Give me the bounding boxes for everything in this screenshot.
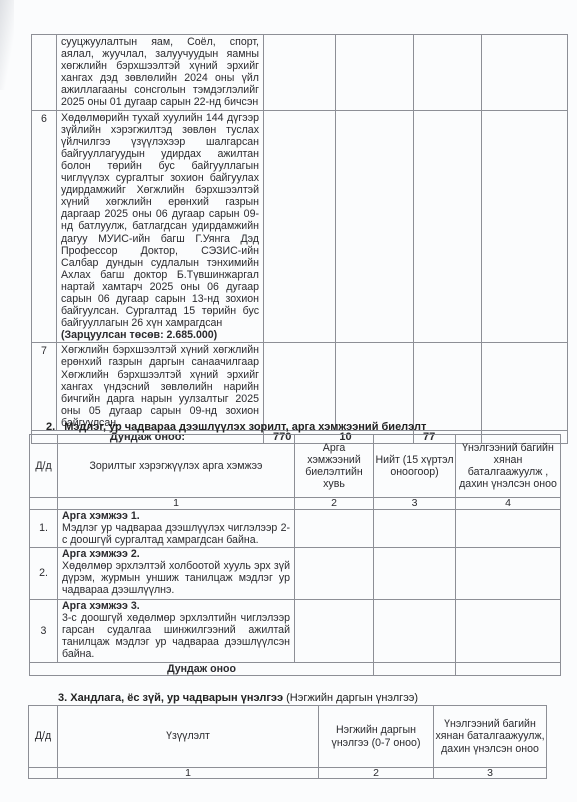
header-verified-score: Үнэлгээний багийн хянан баталгаажуулж, д…: [434, 706, 547, 768]
empty-cell: [482, 35, 568, 111]
row-text: Хөдөлмөрийн тухай хуулийн 144 дүгээр зүй…: [57, 110, 264, 343]
table-row: 3 Арга хэмжээ 3.3-с доошгүй хөдөлмөр эрх…: [30, 600, 561, 663]
empty-cell: [374, 548, 456, 600]
table-row: 2. Арга хэмжээ 2.Хөдөлмөр эрхлэлтэй холб…: [30, 548, 561, 600]
empty-cell: [30, 498, 58, 510]
empty-cell: [482, 343, 568, 431]
empty-cell: [456, 510, 561, 548]
row-text: Хөгжлийн бэрхшээлтэй хүний хөгжлийн ерөн…: [57, 343, 264, 431]
empty-cell: [264, 35, 336, 111]
index-cell: 4: [456, 498, 561, 510]
header-measure: Зорилтыг хэрэгжүүлэх арга хэмжээ: [58, 435, 295, 498]
index-row: 1 2 3: [29, 768, 547, 779]
row-text: Арга хэмжээ 2.Хөдөлмөр эрхлэлтэй холбоот…: [58, 548, 295, 600]
section-3-title: 3. Хандлага, ёс зүй, ур чадварын үнэлгээ…: [58, 692, 418, 704]
average-score-label: Дундаж оноо: [30, 663, 374, 676]
empty-cell: [456, 600, 561, 663]
average-score-row: Дундаж оноо: [30, 663, 561, 676]
row-number: [32, 35, 57, 111]
page-edge-shadow: [0, 0, 14, 90]
empty-cell: [414, 110, 482, 343]
index-row: 1 2 3 4: [30, 498, 561, 510]
header-row: Д/д Зорилтыг хэрэгжүүлэх арга хэмжээ Арг…: [30, 435, 561, 498]
header-row: Д/д Үзүүлэлт Нэгжийн даргын үнэлгээ (0-7…: [29, 706, 547, 768]
empty-cell: [374, 600, 456, 663]
index-cell: 3: [434, 768, 547, 779]
empty-cell: [295, 510, 374, 548]
attitude-ethics-table: Д/д Үзүүлэлт Нэгжийн даргын үнэлгээ (0-7…: [28, 705, 547, 779]
row-text: Арга хэмжээ 1.Мэдлэг ур чадвараа дээшлүү…: [58, 510, 295, 548]
index-cell: 3: [374, 498, 456, 510]
empty-cell: [336, 343, 414, 431]
empty-cell: [295, 548, 374, 600]
table-row: 1. Арга хэмжээ 1.Мэдлэг ур чадвараа дээш…: [30, 510, 561, 548]
empty-cell: [414, 35, 482, 111]
knowledge-skills-table: Д/д Зорилтыг хэрэгжүүлэх арга хэмжээ Арг…: [29, 434, 561, 676]
empty-cell: [336, 110, 414, 343]
table-row: 7 Хөгжлийн бэрхшээлтэй хүний хөгжлийн ер…: [32, 343, 568, 431]
header-number: Д/д: [29, 706, 58, 768]
row-number: 6: [32, 110, 57, 343]
row-text: сууцжуулалтын яам, Соёл, спорт, аялал, ж…: [57, 35, 264, 111]
header-total: Нийт (15 хүртэл оноогоор): [374, 435, 456, 498]
table-row: 6 Хөдөлмөрийн тухай хуулийн 144 дүгээр з…: [32, 110, 568, 343]
section-2-title: 2.Мэдлэг, ур чадвараа дээшлүүлэх зорилт,…: [46, 421, 426, 433]
empty-cell: [414, 343, 482, 431]
empty-cell: [29, 768, 58, 779]
empty-cell: [456, 548, 561, 600]
index-cell: 2: [319, 768, 434, 779]
empty-cell: [482, 110, 568, 343]
index-cell: 1: [58, 498, 295, 510]
index-cell: 1: [58, 768, 319, 779]
budget-note: (Зарцуулсан төсөв: 2.685.000): [61, 329, 217, 341]
empty-cell: [374, 663, 456, 676]
row-number: 1.: [30, 510, 58, 548]
row-number: 2.: [30, 548, 58, 600]
empty-cell: [336, 35, 414, 111]
index-cell: 2: [295, 498, 374, 510]
activities-table: сууцжуулалтын яам, Соёл, спорт, аялал, ж…: [31, 34, 568, 444]
row-number: 7: [32, 343, 57, 431]
empty-cell: [295, 600, 374, 663]
table-row: сууцжуулалтын яам, Соёл, спорт, аялал, ж…: [32, 35, 568, 111]
header-completion-percent: Арга хэмжээний биелэлтийн хувь: [295, 435, 374, 498]
empty-cell: [374, 510, 456, 548]
row-number: 3: [30, 600, 58, 663]
header-indicator: Үзүүлэлт: [58, 706, 319, 768]
empty-cell: [264, 110, 336, 343]
header-number: Д/д: [30, 435, 58, 498]
empty-cell: [456, 663, 561, 676]
empty-cell: [264, 343, 336, 431]
header-unit-head-score: Нэгжийн даргын үнэлгээ (0-7 оноо): [319, 706, 434, 768]
row-text: Арга хэмжээ 3.3-с доошгүй хөдөлмөр эрхлэ…: [58, 600, 295, 663]
header-verified-score: Үнэлгээний багийн хянан баталгаажуулж , …: [456, 435, 561, 498]
